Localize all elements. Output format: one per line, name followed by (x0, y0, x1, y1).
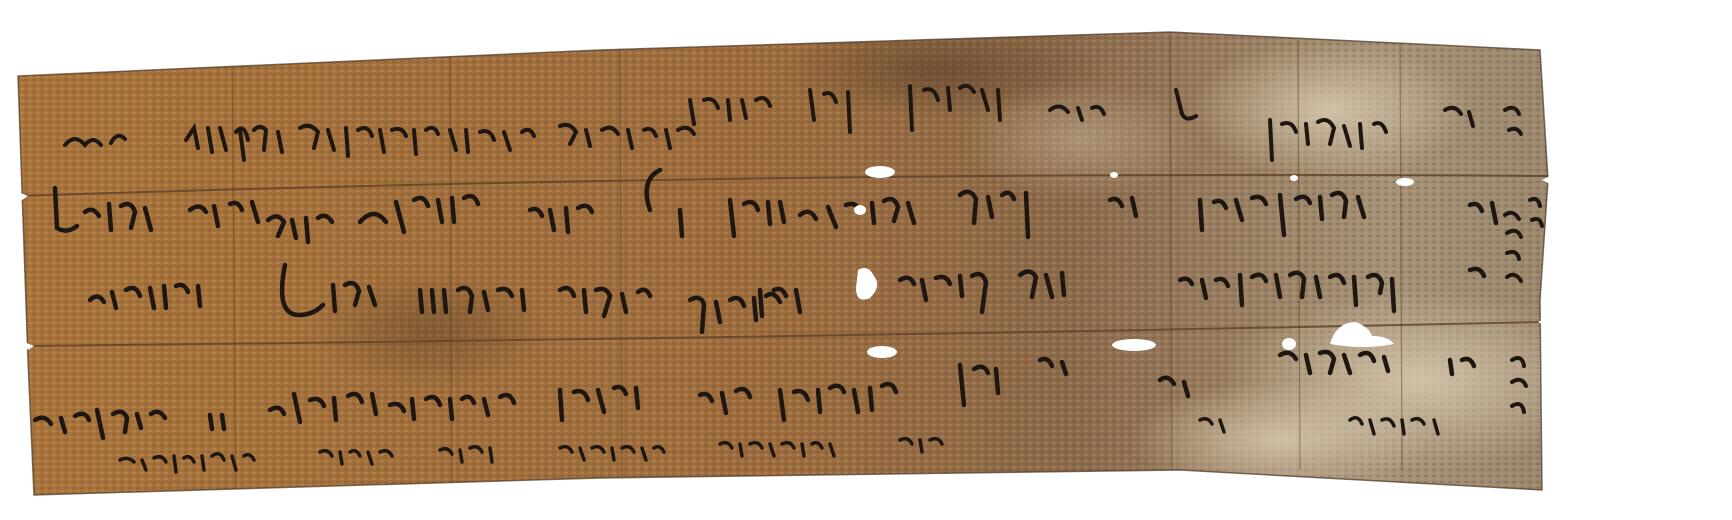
leather-document-photo (0, 0, 1732, 520)
leather-strip (0, 0, 1732, 520)
